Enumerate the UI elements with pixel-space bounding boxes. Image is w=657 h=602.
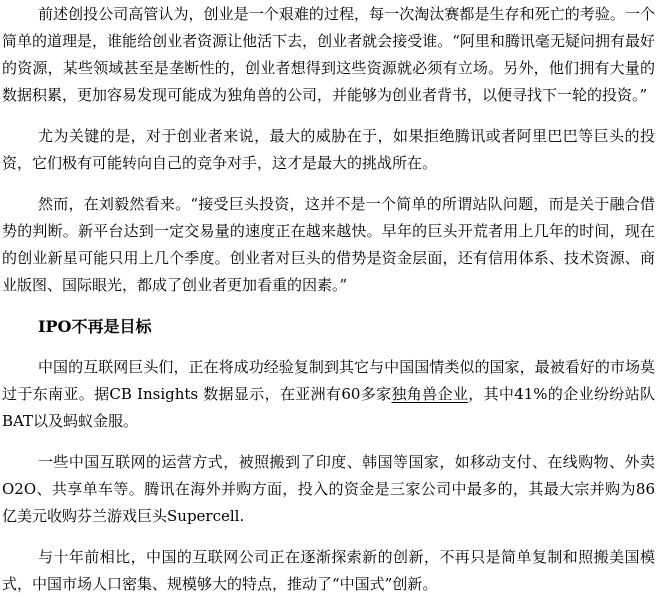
document-page: { "colors": { "background": "#ffffff", "… xyxy=(0,0,657,602)
section-heading-ipo: IPO不再是目标 xyxy=(2,313,655,340)
article-body: 前述创投公司高管认为，创业是一个艰难的过程，每一次淘汰赛都是生存和死亡的考验。一… xyxy=(0,0,657,598)
article-paragraph-1: 前述创投公司高管认为，创业是一个艰难的过程，每一次淘汰赛都是生存和死亡的考验。一… xyxy=(2,1,655,109)
article-paragraph-6: 与十年前相比，中国的互联网公司正在逐渐探索新的创新，不再只是简单复制和照搬美国模… xyxy=(2,544,655,598)
unicorn-companies-link[interactable]: 独角兽企业 xyxy=(391,385,468,403)
article-paragraph-5: 一些中国互联网的运营方式，被照搬到了印度、韩国等国家，如移动支付、在线购物、外卖… xyxy=(2,449,655,530)
article-paragraph-2: 尤为关键的是，对于创业者来说，最大的威胁在于，如果拒绝腾讯或者阿里巴巴等巨头的投… xyxy=(2,123,655,177)
article-paragraph-3: 然而，在刘毅然看来。“接受巨头投资，这并不是一个简单的所谓站队问题，而是关于融合… xyxy=(2,191,655,299)
article-paragraph-4: 中国的互联网巨头们，正在将成功经验复制到其它与中国国情类似的国家，最被看好的市场… xyxy=(2,354,655,435)
